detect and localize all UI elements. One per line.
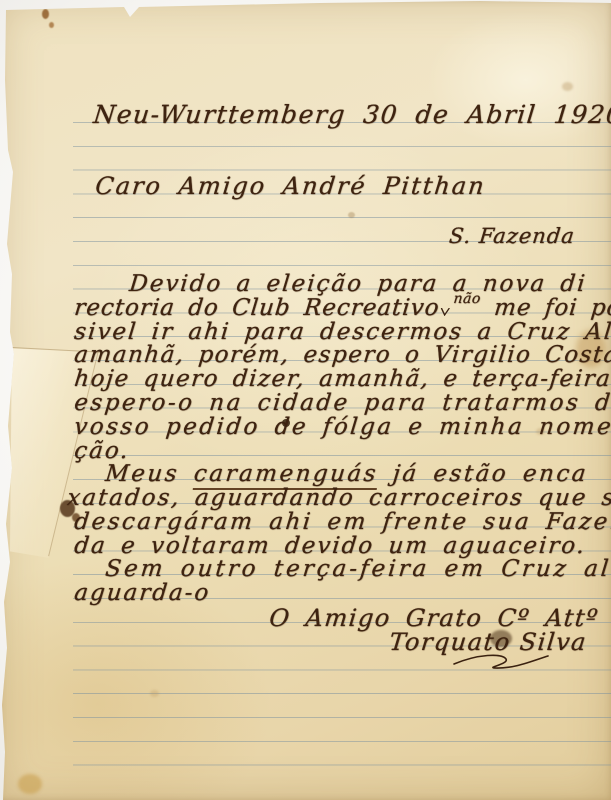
place-line: S. Fazenda — [448, 224, 576, 248]
inserted-word: não — [453, 291, 482, 307]
body-line-4: amanhã, porém, espero o Virgilio Costa — [73, 342, 611, 368]
salutation: Caro Amigo André Pitthan — [94, 172, 487, 200]
stain — [348, 212, 355, 218]
body-line-7: vosso pedido de fólga e minha nomea — [73, 414, 611, 440]
body-line-2-pre: rectoria do Club Recreativo — [73, 295, 441, 321]
body-line-9-post: já estão enca — [377, 461, 590, 487]
body-line-9: Meus caramenguás já estão enca — [104, 461, 589, 487]
body-line-14: aguarda-o — [73, 580, 212, 606]
body-line-10: xatados, aguardando carroceiros que sei — [66, 485, 611, 511]
body-line-1: Devido a eleição para a nova di — [128, 271, 588, 297]
stain — [49, 22, 54, 28]
letter-paper: Neu-Wurttemberg 30 de Abril 1920 Caro Am… — [0, 0, 611, 800]
stain — [42, 9, 49, 19]
dateline: Neu-Wurttemberg 30 de Abril 1920 — [92, 100, 611, 129]
stain — [18, 774, 42, 794]
body-line-11: descargáram ahi em frente sua Fazen — [73, 509, 611, 535]
stain — [150, 690, 159, 697]
insertion-caret-icon — [440, 308, 451, 316]
body-line-9-pre: Meus — [104, 461, 195, 487]
signature-flourish — [452, 650, 552, 672]
body-line-2: rectoria do Club Recreativonão me foi po… — [73, 295, 611, 321]
body-line-13: Sem outro terça-feira em Cruz alta — [104, 556, 611, 582]
stain — [562, 82, 573, 91]
body-line-2-post: me foi pos — [493, 295, 611, 321]
body-line-6: espero-o na cidade para tratarmos de — [73, 390, 611, 416]
scan-background: Neu-Wurttemberg 30 de Abril 1920 Caro Am… — [0, 0, 611, 800]
body-line-5: hoje quero dizer, amanhã, e terça-feira — [73, 366, 611, 392]
